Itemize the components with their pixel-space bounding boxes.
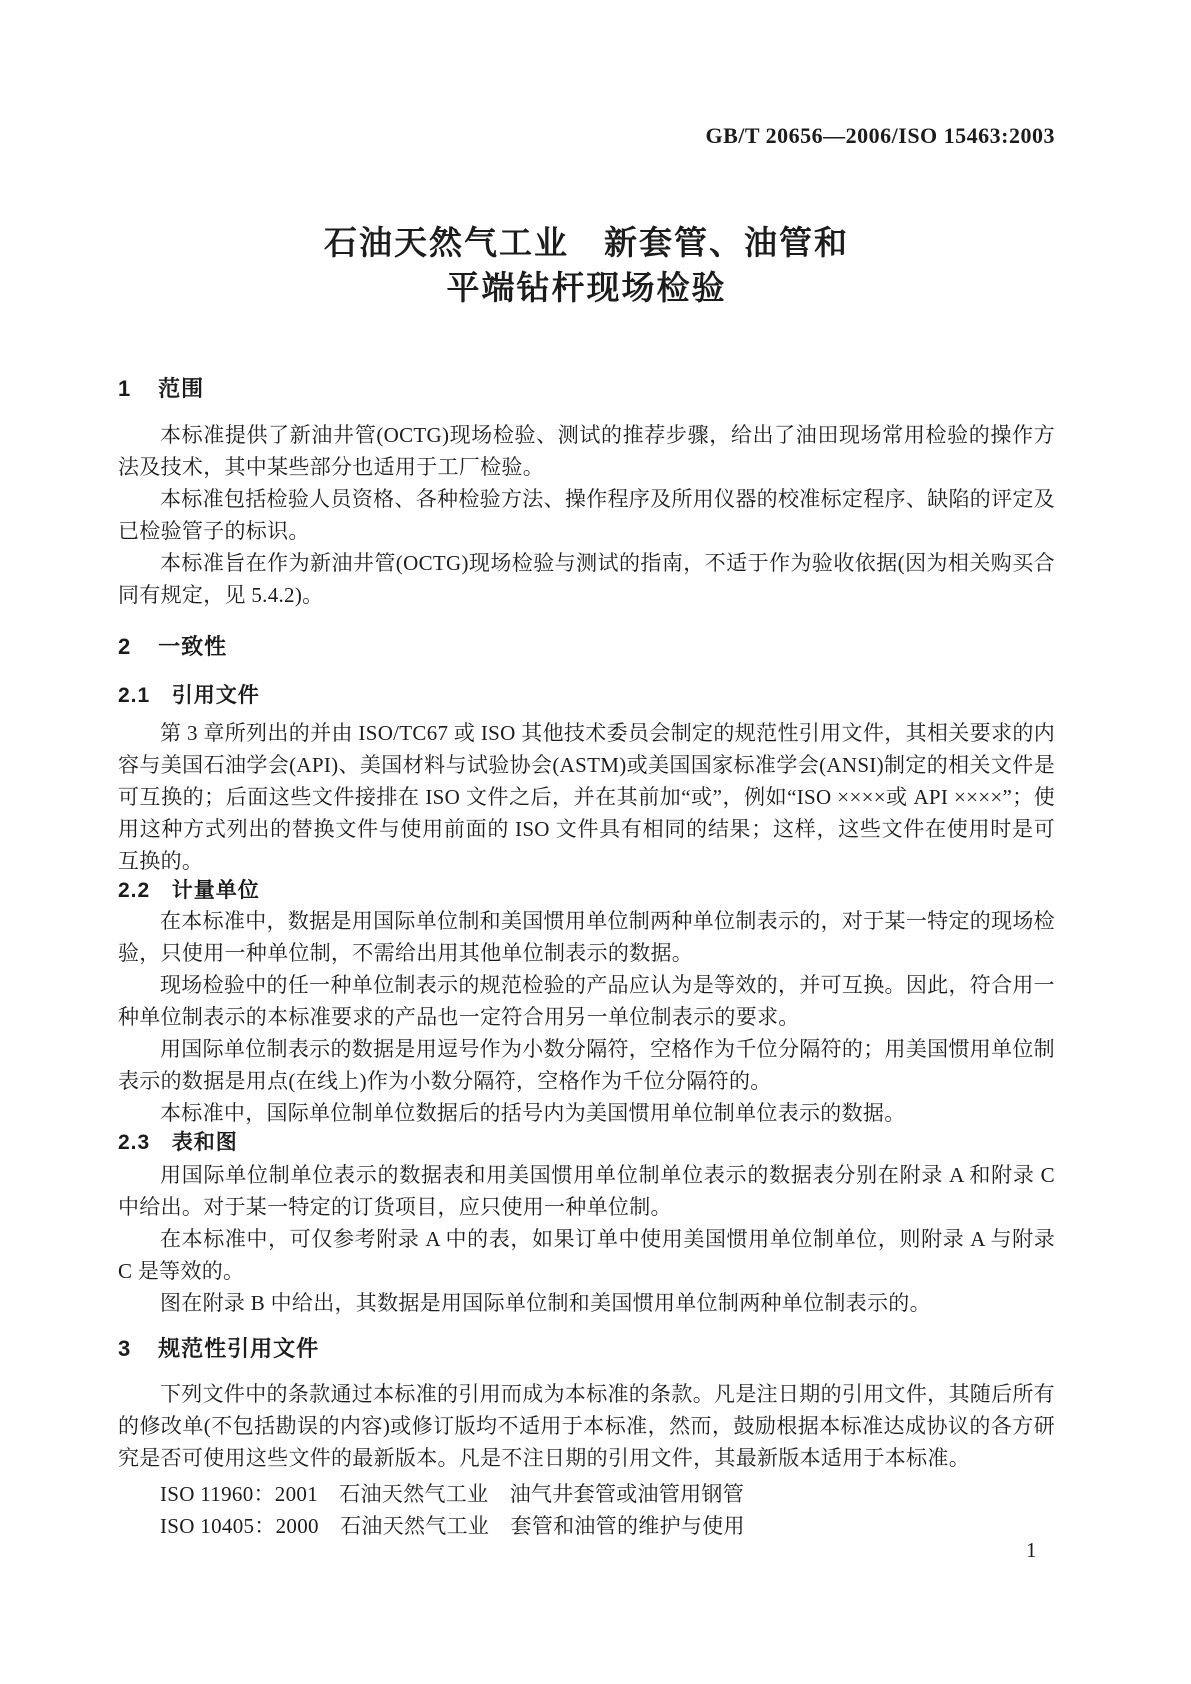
section-3-number: 3 <box>118 1334 131 1364</box>
section-2-1-title: 引用文件 <box>172 684 260 707</box>
paragraph: 在本标准中，可仅参考附录 A 中的表，如果订单中使用美国惯用单位制单位，则附录 … <box>118 1223 1055 1287</box>
section-2-3-number: 2.3 <box>118 1129 150 1157</box>
section-3-title: 规范性引用文件 <box>158 1336 319 1361</box>
paragraph: 在本标准中，数据是用国际单位制和美国惯用单位制两种单位制表示的，对于某一特定的现… <box>118 905 1055 969</box>
paragraph: 图在附录 B 中给出，其数据是用国际单位制和美国惯用单位制两种单位制表示的。 <box>118 1287 1055 1319</box>
paragraph: 本标准包括检验人员资格、各种检验方法、操作程序及所用仪器的校准标定程序、缺陷的评… <box>118 483 1055 547</box>
page-number: 1 <box>1026 1537 1037 1563</box>
section-2-2-title: 计量单位 <box>172 879 260 902</box>
document-title: 石油天然气工业 新套管、油管和 平端钻杆现场检验 <box>118 220 1055 310</box>
section-2-1-number: 2.1 <box>118 682 150 710</box>
section-2-number: 2 <box>118 632 131 662</box>
standard-code: GB/T 20656—2006/ISO 15463:2003 <box>118 122 1055 150</box>
section-2-3-heading: 2.3 表和图 <box>118 1129 1055 1157</box>
paragraph: 现场检验中的任一种单位制表示的规范检验的产品应认为是等效的，并可互换。因此，符合… <box>118 969 1055 1033</box>
document-page: GB/T 20656—2006/ISO 15463:2003 石油天然气工业 新… <box>0 0 1191 1684</box>
paragraph: 本标准提供了新油井管(OCTG)现场检验、测试的推荐步骤，给出了油田现场常用检验… <box>118 419 1055 483</box>
page-content: GB/T 20656—2006/ISO 15463:2003 石油天然气工业 新… <box>118 0 1055 1542</box>
paragraph: 用国际单位制单位表示的数据表和用美国惯用单位制单位表示的数据表分别在附录 A 和… <box>118 1159 1055 1223</box>
section-2-1-heading: 2.1 引用文件 <box>118 682 1055 710</box>
section-2-2-heading: 2.2 计量单位 <box>118 877 1055 905</box>
document-title-line-2: 平端钻杆现场检验 <box>118 265 1055 310</box>
paragraph: 下列文件中的条款通过本标准的引用而成为本标准的条款。凡是注日期的引用文件，其随后… <box>118 1378 1055 1474</box>
paragraph: 用国际单位制表示的数据是用逗号作为小数分隔符，空格作为千位分隔符的；用美国惯用单… <box>118 1033 1055 1097</box>
section-1-title: 范围 <box>158 376 204 401</box>
paragraph: 本标准中，国际单位制单位数据后的括号内为美国惯用单位制单位表示的数据。 <box>118 1097 1055 1129</box>
section-2-3-title: 表和图 <box>172 1131 238 1154</box>
reference-item: ISO 11960：2001 石油天然气工业 油气井套管或油管用钢管 <box>118 1478 1055 1510</box>
paragraph: 本标准旨在作为新油井管(OCTG)现场检验与测试的指南，不适于作为验收依据(因为… <box>118 547 1055 611</box>
reference-item: ISO 10405：2000 石油天然气工业 套管和油管的维护与使用 <box>118 1510 1055 1542</box>
section-1-number: 1 <box>118 374 131 404</box>
section-2-2-number: 2.2 <box>118 877 150 905</box>
section-1-heading: 1 范围 <box>118 374 1055 404</box>
section-2-heading: 2 一致性 <box>118 632 1055 662</box>
section-2-title: 一致性 <box>158 634 227 659</box>
section-3-heading: 3 规范性引用文件 <box>118 1334 1055 1364</box>
paragraph: 第 3 章所列出的并由 ISO/TC67 或 ISO 其他技术委员会制定的规范性… <box>118 717 1055 877</box>
document-title-line-1: 石油天然气工业 新套管、油管和 <box>118 220 1055 265</box>
